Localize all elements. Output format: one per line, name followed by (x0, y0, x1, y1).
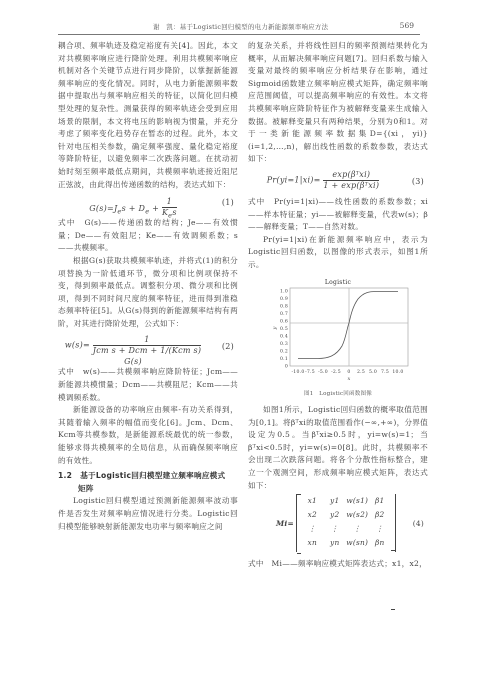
eq2-denominator: Jcm s + Dcm + 1/(Kcm s) (93, 346, 201, 356)
eq3-lhs: Pr(yi=1|xi)= (267, 175, 321, 184)
logistic-chart: Logistic 00.10.20.3 0.40.50.60.7 0.80.91… (248, 276, 428, 386)
right-column: 的复杂关系，并将线性回归的频率预测结果转化为概率，从而解决频率响应问题[7]。回… (248, 40, 428, 571)
eq3-fraction: exp(βᵀxi) 1 + exp(βᵀxi) (323, 170, 379, 191)
matrix-cell: x1 (301, 494, 323, 508)
running-header: 谢 凯：基于Logistic回归模型的电力新能源频率响应方法 569 (58, 20, 420, 35)
eq2-lhs: w(s)= (65, 341, 90, 350)
y-axis-label: y (272, 326, 278, 330)
equation-4-matrix: Mi= x1y1w(s1)β1 x2y2w(s2)β2 ⋮⋮⋮⋮ xnynw(s… (248, 494, 428, 556)
svg-text:1.0: 1.0 (280, 288, 288, 294)
svg-text:0.4: 0.4 (280, 333, 288, 339)
matrix-cell: ⋮ (301, 522, 323, 536)
matrix-row: x1y1w(s1)β1 (297, 494, 395, 508)
svg-text:7.5: 7.5 (381, 369, 389, 375)
svg-text:-2.5: -2.5 (331, 369, 341, 375)
paragraph: Pr(yi=1|xi)在新能源频率响应中，表示为Logistic回归函数，以图像… (248, 234, 428, 272)
matrix-row: xnynw(sn)βn (297, 536, 395, 550)
svg-text:-5.0: -5.0 (318, 369, 328, 375)
eq1-fraction: 1 Kes (162, 197, 177, 221)
svg-text:0.8: 0.8 (280, 303, 288, 309)
svg-text:2.5: 2.5 (357, 369, 365, 375)
eq1-mid: s + D (122, 204, 146, 213)
matrix-cell: x2 (301, 508, 323, 522)
eq2-numerator: 1 (93, 335, 201, 346)
equation-number: (3) (412, 176, 424, 189)
running-title: 谢 凯：基于Logistic回归模型的电力新能源频率响应方法 (153, 22, 328, 31)
svg-text:0: 0 (285, 363, 288, 369)
eq2-tail: G(s) (124, 357, 142, 366)
svg-text:-7.5: -7.5 (305, 369, 315, 375)
eq1-denominator: Kes (162, 208, 177, 221)
x-axis-label: x (347, 376, 350, 382)
equation-3: Pr(yi=1|xi)= exp(βᵀxi) 1 + exp(βᵀxi) (3) (248, 169, 428, 193)
where-clause: 式中 Pr(yi=1|xi)——线性函数的系数参数；xi——样本特征量；yi——… (248, 196, 428, 234)
figure-logistic-chart: Logistic 00.10.20.3 0.40.50.60.7 0.80.91… (248, 276, 428, 386)
where-clause: 式中 w(s)——共模频率响应降阶特征；Jcm——新能源共模惯量；Dcm——共模… (58, 366, 238, 404)
matrix-cell: w(s2) (346, 508, 368, 522)
matrix-cell: yn (324, 536, 346, 550)
matrix-cell: β1 (369, 494, 391, 508)
eq1-plus: + (149, 204, 162, 213)
paragraph: 的复杂关系，并将线性回归的频率预测结果转化为概率，从而解决频率响应问题[7]。回… (248, 40, 428, 166)
eq1-numerator: 1 (162, 197, 177, 208)
equation-1: G(s)=Jes + De + 1 Kes (1) (58, 194, 238, 214)
section-heading: 1.2基于Logistic回归模型建立频率响应模式 矩阵 (58, 470, 238, 495)
paragraph: 如图1所示，Logistic回归函数的概率取值范围为[0,1]。将βᵀxi的取值… (248, 404, 428, 492)
equation-number: (1) (222, 197, 234, 210)
eq3-denominator: 1 + exp(βᵀxi) (323, 181, 379, 191)
svg-text:0.1: 0.1 (280, 356, 288, 362)
x-tick-labels: -10.0-7.5-5.0-2.5 02.55.07.510.0 (291, 369, 403, 375)
svg-text:0.3: 0.3 (280, 341, 288, 347)
section-title-continued: 矩阵 (58, 483, 238, 496)
svg-text:5.0: 5.0 (369, 369, 377, 375)
svg-text:0.2: 0.2 (280, 348, 288, 354)
svg-text:10.0: 10.0 (392, 369, 403, 375)
eq1-lhs: G(s)=J (89, 204, 117, 213)
equation-number: (4) (413, 518, 424, 531)
logistic-curve (298, 291, 398, 358)
chart-title: Logistic (325, 279, 352, 286)
page-number: 569 (400, 21, 414, 30)
matrix-row: ⋮⋮⋮⋮ (297, 522, 395, 536)
paragraph: Logistic回归模型通过预测新能源频率波动事件是否发生对频率响应情况进行分类… (58, 495, 238, 533)
matrix-cell: ⋮ (346, 522, 368, 536)
matrix-cell: βn (369, 536, 391, 550)
matrix-cell: ⋮ (369, 522, 391, 536)
eq1-den-tail: s (172, 208, 176, 217)
eq3-numerator: exp(βᵀxi) (323, 170, 379, 181)
matrix-cell: w(sn) (346, 536, 368, 550)
section-title: 基于Logistic回归模型建立频率响应模式 (80, 471, 225, 480)
where-clause: 式中 Mi——频率响应模式矩阵表达式；x1，x2， (248, 558, 428, 571)
matrix-cell: y2 (324, 508, 346, 522)
svg-text:0.7: 0.7 (280, 311, 288, 317)
svg-text:0.9: 0.9 (280, 296, 288, 302)
matrix-cell: β2 (369, 508, 391, 522)
section-number: 1.2 (58, 471, 72, 480)
matrix-label: Mi= (276, 518, 294, 531)
svg-text:0.6: 0.6 (280, 318, 288, 324)
paragraph: 耦合项、频率轨迹及稳定裕度有关[4]。因此，本文对共模频率响应进行降阶处理。利用… (58, 40, 238, 191)
matrix-cell: y1 (324, 494, 346, 508)
equation-number: (2) (222, 341, 234, 354)
matrix-row: x2y2w(s2)β2 (297, 508, 395, 522)
equation-2: w(s)= 1 Jcm s + Dcm + 1/(Kcm s) G(s) (2) (58, 333, 238, 363)
svg-text:-10.0: -10.0 (291, 369, 304, 375)
matrix-cell: ⋮ (324, 522, 346, 536)
eq2-fraction: 1 Jcm s + Dcm + 1/(Kcm s) (93, 335, 201, 356)
paragraph: 根据G(s)获取共模频率轨迹，并将式(1)的积分项替换为一阶低通环节，微分项和比… (58, 255, 238, 331)
where-clause: 式中 G(s)——传递函数的结构；Je——有效惯量；De——有效阻尼；Ke——有… (58, 217, 238, 255)
figure-caption: 图1 Logistic回函数图像 (248, 388, 428, 401)
matrix-cell: xn (301, 536, 323, 550)
matrix-body: x1y1w(s1)β1 x2y2w(s2)β2 ⋮⋮⋮⋮ xnynw(sn)βn (296, 494, 396, 552)
y-tick-labels: 00.10.20.3 0.40.50.60.7 0.80.91.0 (280, 288, 288, 369)
left-column: 耦合项、频率轨迹及稳定裕度有关[4]。因此，本文对共模频率响应进行降阶处理。利用… (58, 40, 238, 533)
matrix-cell: w(s1) (346, 494, 368, 508)
paragraph: 新能源设备的功率响应由频率-有功关系得到，其随着输入频率的幅值而变化[6]。Jc… (58, 404, 238, 467)
svg-text:0.5: 0.5 (280, 326, 288, 332)
svg-text:0: 0 (347, 369, 350, 375)
